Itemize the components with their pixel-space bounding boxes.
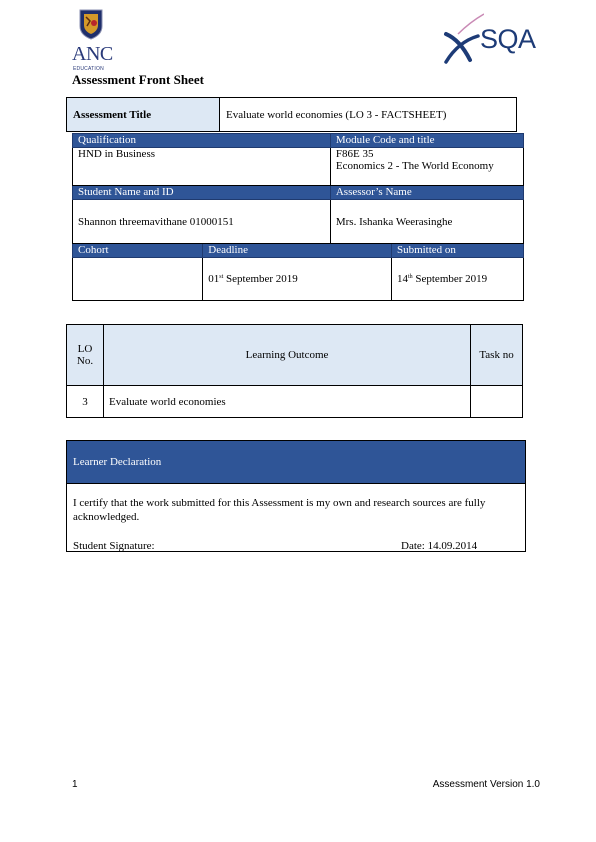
learning-outcome-header: Learning Outcome bbox=[103, 325, 470, 386]
assessment-info-table: Qualification Module Code and title HND … bbox=[72, 133, 524, 301]
learner-declaration-box: Learner Declaration I certify that the w… bbox=[66, 440, 526, 552]
qualification-value: HND in Business bbox=[73, 148, 331, 186]
deadline-header: Deadline bbox=[203, 244, 392, 258]
sqa-cross-icon bbox=[440, 12, 484, 68]
table-row: 3 Evaluate world economies bbox=[67, 386, 523, 418]
module-code: F86E 35 bbox=[336, 148, 518, 160]
cohort-value bbox=[73, 258, 203, 301]
qualification-header: Qualification bbox=[73, 134, 331, 148]
module-header: Module Code and title bbox=[330, 134, 523, 148]
task-no-cell bbox=[471, 386, 523, 418]
sqa-logo-text: SQA bbox=[480, 24, 536, 55]
module-title: Economics 2 - The World Economy bbox=[336, 160, 518, 172]
learning-outcome-table: LO No. Learning Outcome Task no 3 Evalua… bbox=[66, 324, 523, 418]
anc-logo-text: ANC bbox=[72, 44, 113, 64]
assessment-title-box: Assessment Title Evaluate world economie… bbox=[66, 97, 517, 132]
student-signature-label: Student Signature: bbox=[73, 540, 155, 552]
declaration-heading: Learner Declaration bbox=[67, 441, 525, 484]
page-number: 1 bbox=[72, 779, 78, 790]
sqa-logo: SQA bbox=[440, 12, 550, 68]
assessor-value: Mrs. Ishanka Weerasinghe bbox=[330, 200, 523, 244]
submitted-header: Submitted on bbox=[391, 244, 523, 258]
deadline-value: 01st September 2019 bbox=[203, 258, 392, 301]
task-no-header: Task no bbox=[471, 325, 523, 386]
outcome-cell: Evaluate world economies bbox=[103, 386, 470, 418]
page-title: Assessment Front Sheet bbox=[72, 72, 204, 88]
anc-education-logo: ANC EDUCATION bbox=[72, 8, 112, 74]
student-value: Shannon threemavithane 01000151 bbox=[73, 200, 331, 244]
module-value: F86E 35 Economics 2 - The World Economy bbox=[330, 148, 523, 186]
assessment-version: Assessment Version 1.0 bbox=[433, 779, 540, 790]
lo-no-header: LO No. bbox=[67, 325, 104, 386]
assessor-header: Assessor’s Name bbox=[330, 186, 523, 200]
declaration-date: Date: 14.09.2014 bbox=[401, 540, 477, 552]
cohort-header: Cohort bbox=[73, 244, 203, 258]
submitted-value: 14th September 2019 bbox=[391, 258, 523, 301]
crest-shield-icon bbox=[78, 8, 104, 40]
declaration-text: I certify that the work submitted for th… bbox=[67, 484, 525, 524]
assessment-title-value: Evaluate world economies (LO 3 - FACTSHE… bbox=[220, 98, 516, 131]
assessment-title-label: Assessment Title bbox=[67, 98, 220, 131]
lo-no-cell: 3 bbox=[67, 386, 104, 418]
student-header: Student Name and ID bbox=[73, 186, 331, 200]
